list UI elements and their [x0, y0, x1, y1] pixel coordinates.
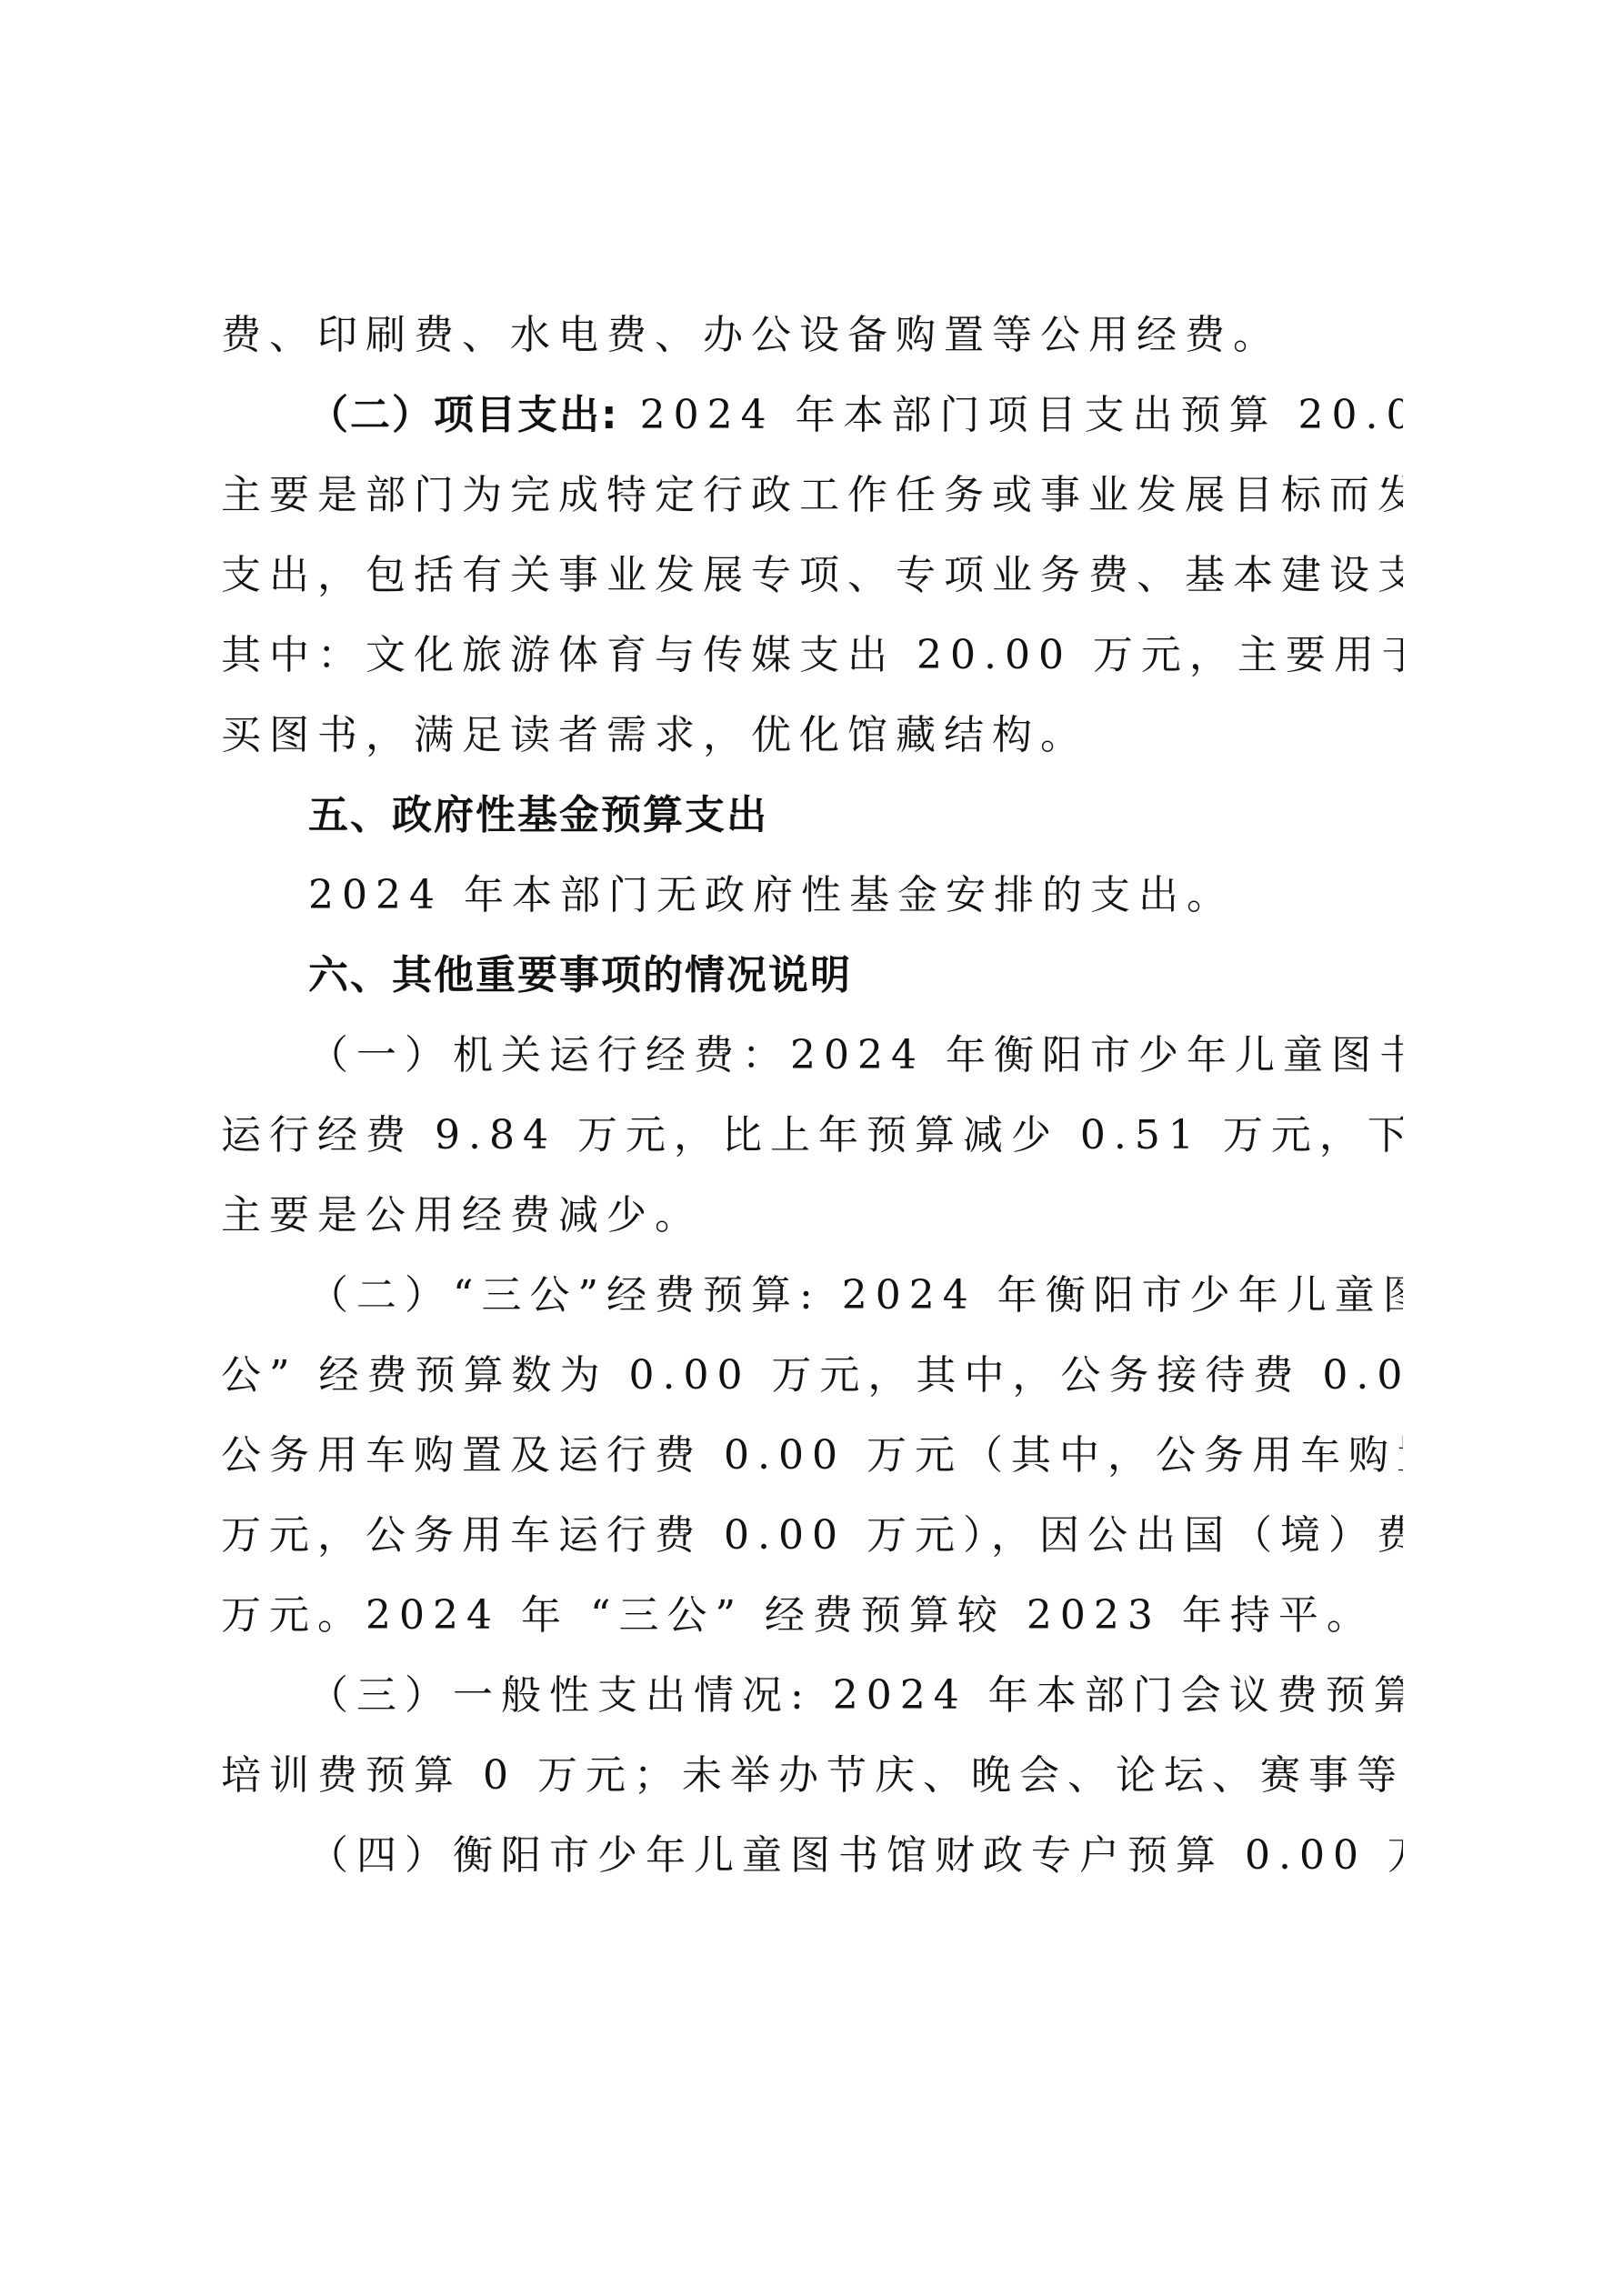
paragraph-line: 万元。2024 年 “三公” 经费预算较 2023 年持平。 — [221, 1576, 1403, 1656]
section-heading-other-matters: 六、其他重要事项的情况说明 — [221, 936, 1403, 1016]
section-heading-government-fund: 五、政府性基金预算支出 — [221, 776, 1403, 856]
paragraph-line: 2024 年本部门无政府性基金安排的支出。 — [221, 856, 1403, 936]
paragraph-line: 公务用车购置及运行费 0.00 万元（其中，公务用车购置费 0.00 — [221, 1416, 1403, 1496]
paragraph-text: 2024 年本部门项目支出预算 20.00 万元， — [619, 392, 1403, 438]
paragraph-line: 其中：文化旅游体育与传媒支出 20.00 万元，主要用于用于购 — [221, 616, 1403, 696]
paragraph-line: 费、印刷费、水电费、办公设备购置等公用经费。 — [221, 296, 1403, 376]
subheading-project-expenditure: （二）项目支出: — [308, 392, 619, 438]
paragraph-line: 培训费预算 0 万元；未举办节庆、晚会、论坛、赛事等活动。 — [221, 1736, 1403, 1816]
paragraph-line: （三）一般性支出情况: 2024 年本部门会议费预算 0 万元; — [221, 1656, 1403, 1736]
document-page: 费、印刷费、水电费、办公设备购置等公用经费。 （二）项目支出: 2024 年本部… — [221, 296, 1403, 1896]
paragraph-line: 运行经费 9.84 万元，比上年预算减少 0.51 万元，下降 4.93%。 — [221, 1096, 1403, 1176]
paragraph-line: （二）“三公”经费预算: 2024 年衡阳市少年儿童图书饣“三 — [221, 1256, 1403, 1336]
paragraph-line: （四）衡阳市少年儿童图书馆财政专户预算 0.00 万元，与 — [221, 1816, 1403, 1896]
paragraph-line: 万元，公务用车运行费 0.00 万元），因公出国（境）费 0.00 — [221, 1496, 1403, 1576]
paragraph-line: （二）项目支出: 2024 年本部门项目支出预算 20.00 万元， — [221, 376, 1403, 456]
paragraph-line: 公” 经费预算数为 0.00 万元，其中，公务接待费 0.00 万元， — [221, 1336, 1403, 1416]
paragraph-line: （一）机关运行经费：2024 年衡阳市少年儿童图书馆机关 — [221, 1016, 1403, 1096]
paragraph-line: 支出，包括有关事业发展专项、专项业务费、基本建设支出等， — [221, 536, 1403, 616]
paragraph-line: 主要是部门为完成特定行政工作任务或事业发展目标而发生的 — [221, 456, 1403, 536]
paragraph-line: 主要是公用经费减少。 — [221, 1176, 1403, 1256]
paragraph-line: 买图书，满足读者需求，优化馆藏结构。 — [221, 696, 1403, 776]
